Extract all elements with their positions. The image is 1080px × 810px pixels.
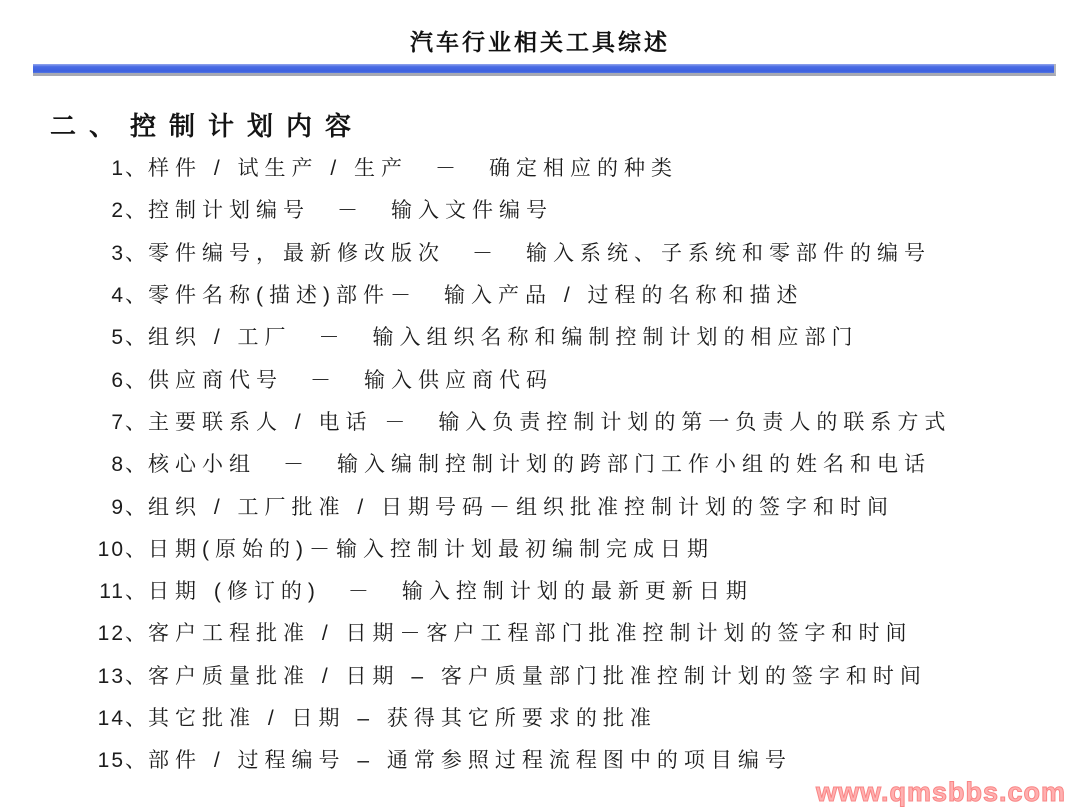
item-number: 6、 — [0, 364, 148, 394]
divider-bar — [33, 64, 1056, 76]
item-number: 8、 — [0, 448, 148, 478]
item-text: 其它批准 / 日期 – 获得其它所要求的批准 — [148, 702, 657, 732]
item-text: 零件名称(描述)部件－ 输入产品 / 过程的名称和描述 — [148, 279, 804, 309]
item-number: 7、 — [0, 406, 148, 436]
item-text: 零件编号，最新修改版次 － 输入系统、子系统和零部件的编号 — [148, 237, 931, 267]
list-item: 4、零件名称(描述)部件－ 输入产品 / 过程的名称和描述 — [0, 273, 1080, 315]
item-text: 客户工程批准 / 日期－客户工程部门批准控制计划的签字和时间 — [148, 617, 913, 647]
list-item: 7、主要联系人 / 电话 － 输入负责控制计划的第一负责人的联系方式 — [0, 400, 1080, 442]
item-number: 5、 — [0, 321, 148, 351]
list-item: 2、控制计划编号 － 输入文件编号 — [0, 188, 1080, 230]
list-item: 3、零件编号，最新修改版次 － 输入系统、子系统和零部件的编号 — [0, 231, 1080, 273]
item-text: 日期 (修订的) － 输入控制计划的最新更新日期 — [148, 575, 753, 605]
list-item: 15、部件 / 过程编号 – 通常参照过程流程图中的项目编号 — [0, 738, 1080, 780]
watermark-text: www.qmsbbs.com — [816, 777, 1066, 808]
section-title: 控制计划内容 — [130, 111, 364, 141]
list-item: 9、组织 / 工厂批准 / 日期号码－组织批准控制计划的签字和时间 — [0, 484, 1080, 526]
item-text: 样件 / 试生产 / 生产 － 确定相应的种类 — [148, 152, 678, 182]
item-number: 11、 — [0, 575, 148, 605]
item-text: 日期(原始的)－输入控制计划最初编制完成日期 — [148, 533, 714, 563]
list-item: 8、核心小组 － 输入编制控制计划的跨部门工作小组的姓名和电话 — [0, 442, 1080, 484]
item-number: 4、 — [0, 279, 148, 309]
slide: 汽车行业相关工具综述 二、控制计划内容 1、样件 / 试生产 / 生产 － 确定… — [0, 0, 1080, 810]
list-item: 12、客户工程批准 / 日期－客户工程部门批准控制计划的签字和时间 — [0, 611, 1080, 653]
list-item: 6、供应商代号 － 输入供应商代码 — [0, 357, 1080, 399]
item-text: 组织 / 工厂 － 输入组织名称和编制控制计划的相应部门 — [148, 321, 859, 351]
item-number: 10、 — [0, 533, 148, 563]
item-number: 1、 — [0, 152, 148, 182]
list-item: 13、客户质量批准 / 日期 – 客户质量部门批准控制计划的签字和时间 — [0, 654, 1080, 696]
item-text: 部件 / 过程编号 – 通常参照过程流程图中的项目编号 — [148, 744, 792, 774]
item-text: 核心小组 － 输入编制控制计划的跨部门工作小组的姓名和电话 — [148, 448, 931, 478]
list-item: 1、样件 / 试生产 / 生产 － 确定相应的种类 — [0, 146, 1080, 188]
list-item: 10、日期(原始的)－输入控制计划最初编制完成日期 — [0, 527, 1080, 569]
item-number: 14、 — [0, 702, 148, 732]
item-number: 3、 — [0, 237, 148, 267]
item-number: 9、 — [0, 491, 148, 521]
item-text: 客户质量批准 / 日期 – 客户质量部门批准控制计划的签字和时间 — [148, 660, 927, 690]
list-item: 14、其它批准 / 日期 – 获得其它所要求的批准 — [0, 696, 1080, 738]
page-title: 汽车行业相关工具综述 — [0, 24, 1080, 57]
item-text: 组织 / 工厂批准 / 日期号码－组织批准控制计划的签字和时间 — [148, 491, 894, 521]
list-item: 5、组织 / 工厂 － 输入组织名称和编制控制计划的相应部门 — [0, 315, 1080, 357]
item-number: 15、 — [0, 744, 148, 774]
item-number: 12、 — [0, 617, 148, 647]
item-number: 13、 — [0, 660, 148, 690]
section-heading: 二、控制计划内容 — [50, 106, 364, 143]
section-number: 二、 — [50, 111, 128, 141]
item-text: 供应商代号 － 输入供应商代码 — [148, 364, 553, 394]
item-text: 控制计划编号 － 输入文件编号 — [148, 194, 553, 224]
item-number: 2、 — [0, 194, 148, 224]
content-list: 1、样件 / 试生产 / 生产 － 确定相应的种类2、控制计划编号 － 输入文件… — [0, 146, 1080, 780]
list-item: 11、日期 (修订的) － 输入控制计划的最新更新日期 — [0, 569, 1080, 611]
item-text: 主要联系人 / 电话 － 输入负责控制计划的第一负责人的联系方式 — [148, 406, 951, 436]
